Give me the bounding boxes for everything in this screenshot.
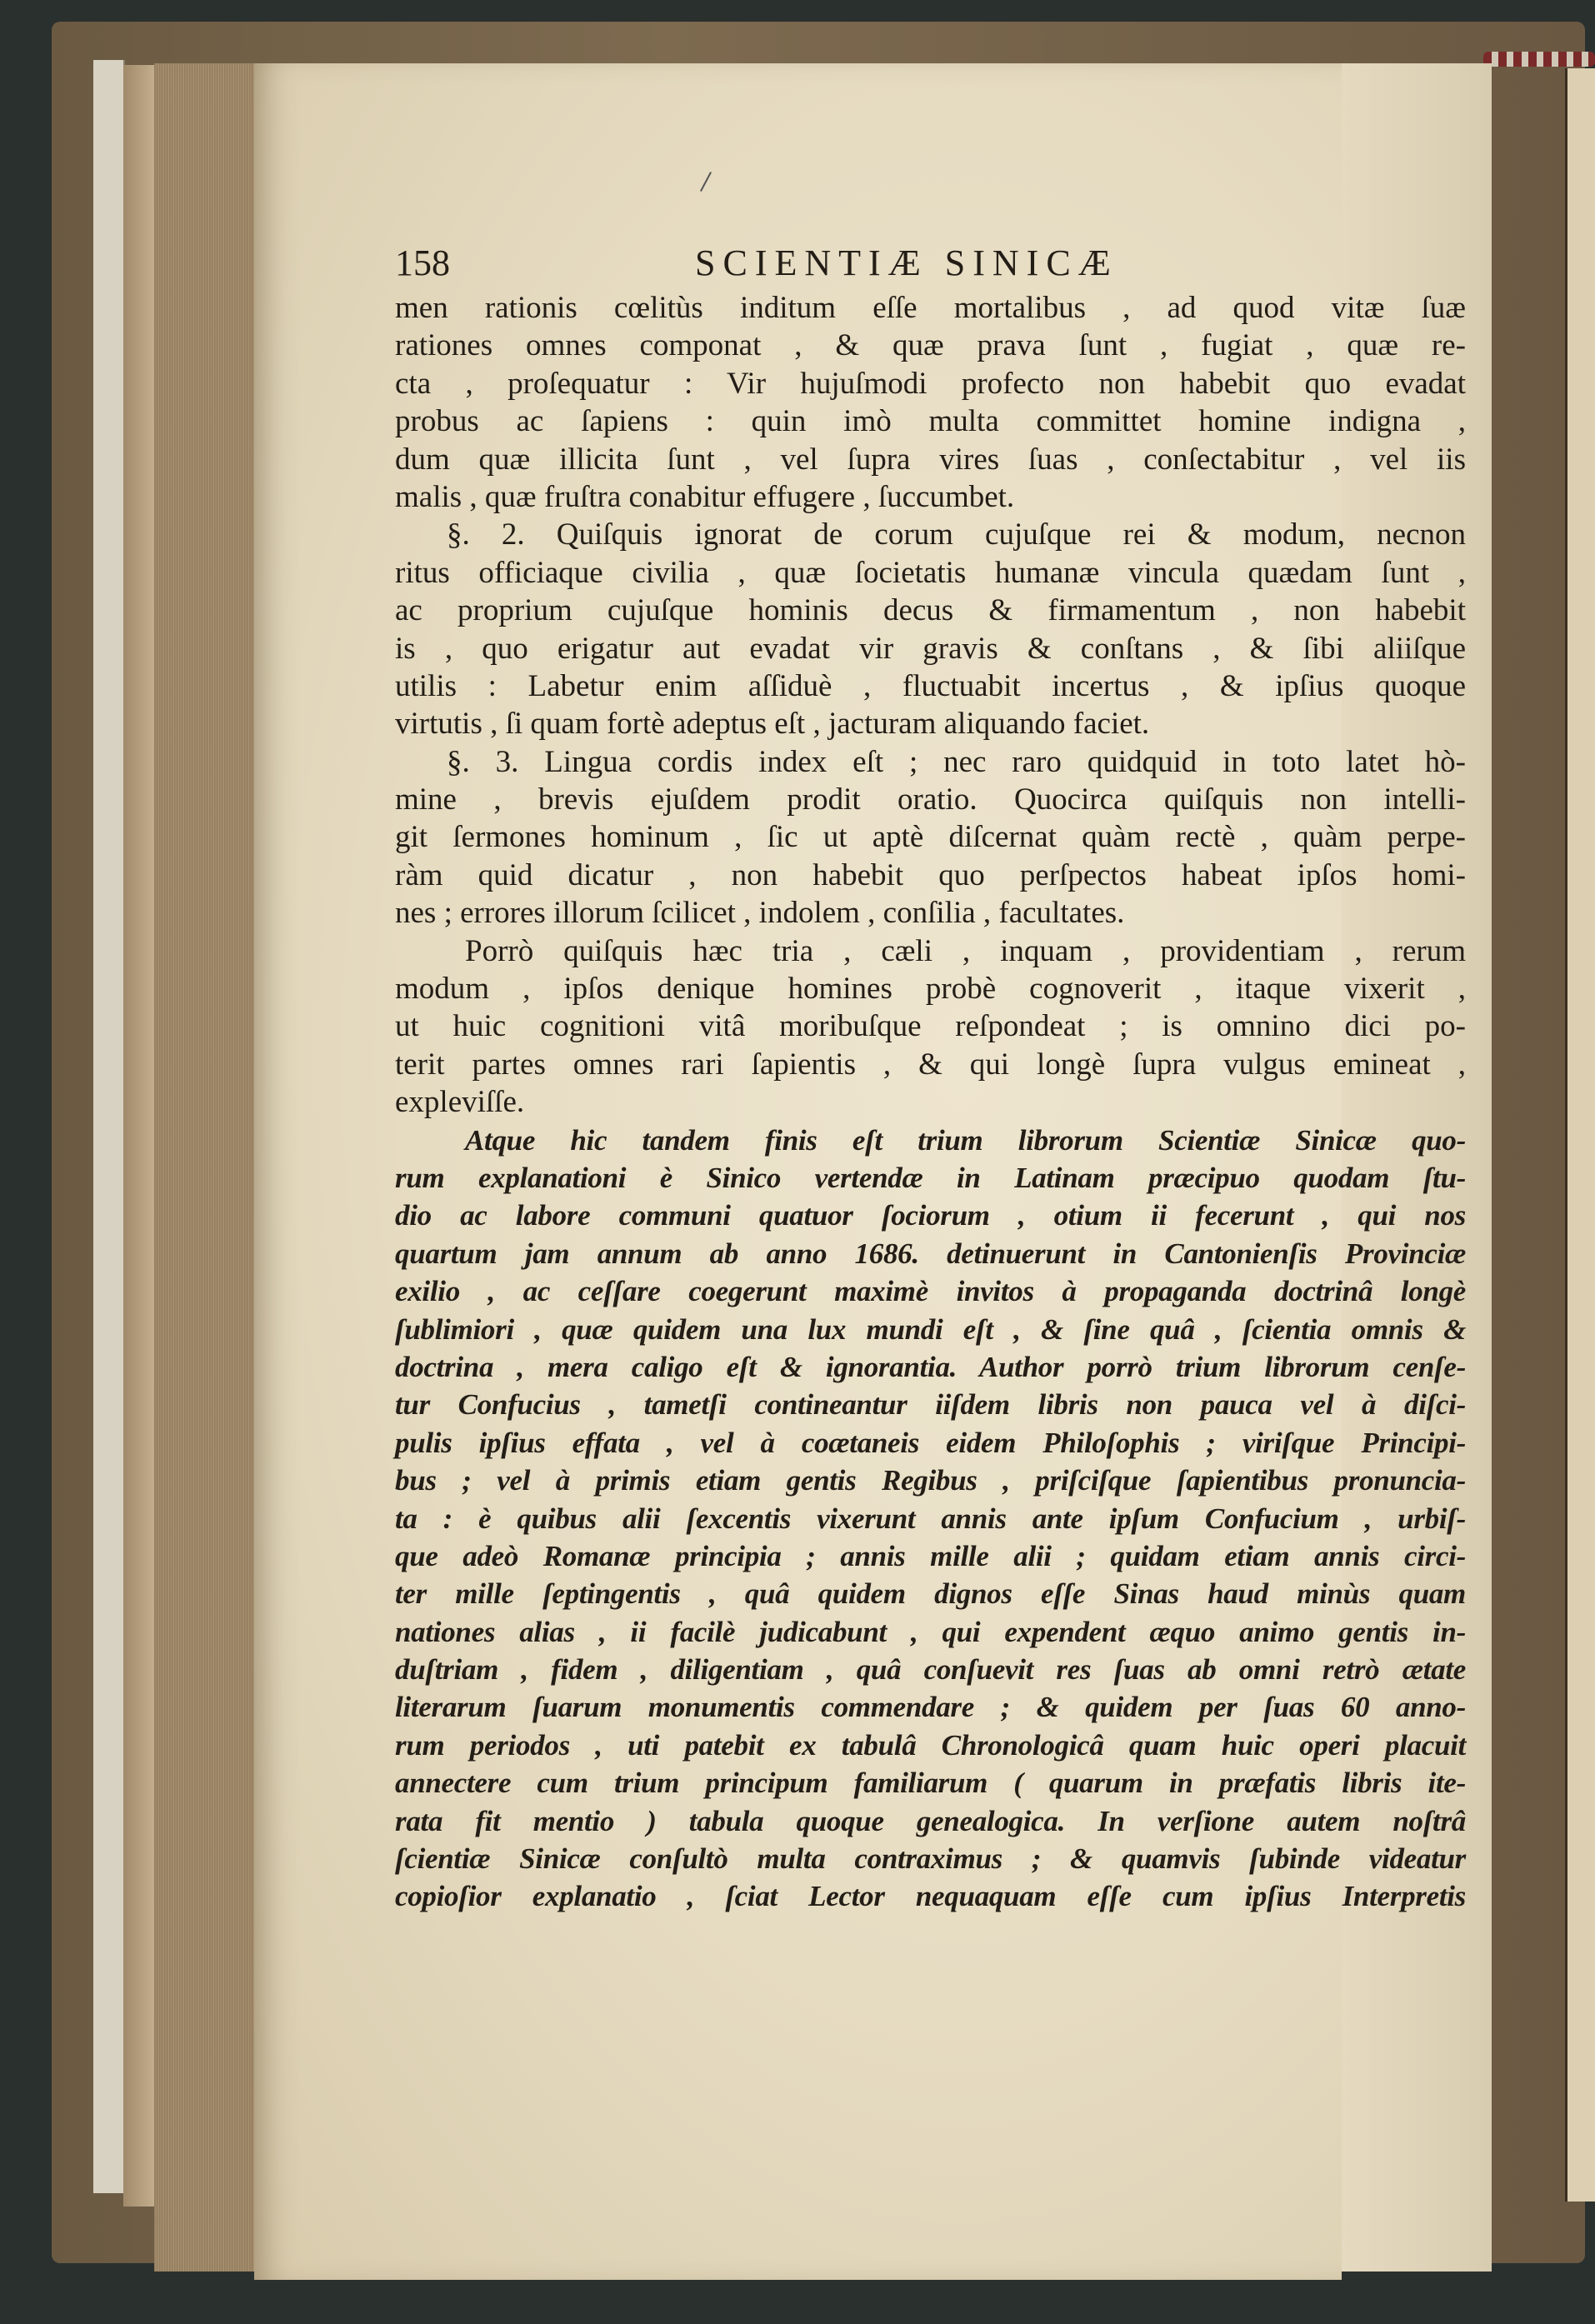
paragraph-section-2: §. 2. Quiſquis ignorat de corum cujuſque… — [395, 516, 1466, 742]
text-line: ter mille ſeptingentis , quâ quidem dign… — [395, 1575, 1466, 1612]
text-line: Porrò quiſquis hæc tria , cæli , inquam … — [395, 932, 1466, 970]
text-line: git ſermones hominum , ſic ut aptè diſce… — [395, 818, 1466, 856]
text-line: ta : è quibus alii ſexcentis vixerunt an… — [395, 1500, 1466, 1537]
text-line: virtutis , ſi quam fortè adeptus eſt , j… — [395, 705, 1466, 742]
text-line: malis , quæ fruſtra conabitur effugere ,… — [395, 478, 1466, 516]
running-title: SCIENTIÆ SINICÆ — [695, 237, 1118, 289]
text-line: doctrina , mera caligo eſt & ignorantia.… — [395, 1348, 1466, 1386]
text-line: probus ac ſapiens : quin imò multa commi… — [395, 402, 1466, 440]
text-line: ac proprium cujuſque hominis decus & fir… — [395, 592, 1466, 629]
italic-afterword: Atque hic tandem finis eſt trium libroru… — [395, 1122, 1466, 1916]
text-line: rum explanationi è Sinico vertendæ in La… — [395, 1159, 1466, 1197]
text-block: 158 SCIENTIÆ SINICÆ men rationis cœlitùs… — [395, 237, 1466, 1916]
text-line: cta , proſequatur : Vir hujuſmodi profec… — [395, 365, 1466, 402]
headband — [1483, 52, 1595, 67]
paragraph-section-3: §. 3. Lingua cordis index eſt ; nec raro… — [395, 743, 1466, 932]
text-line: utilis : Labetur enim aſſiduè , fluctuab… — [395, 667, 1466, 705]
paragraph-1: men rationis cœlitùs inditum eſſe mortal… — [395, 289, 1466, 516]
text-line: copioſior explanatio , ſciat Lector nequ… — [395, 1877, 1466, 1915]
text-line: ràm quid dicatur , non habebit quo perſp… — [395, 857, 1466, 894]
text-line: §. 2. Quiſquis ignorat de corum cujuſque… — [395, 516, 1466, 553]
text-line: literarum ſuarum monumentis commendare ;… — [395, 1688, 1466, 1726]
torn-endpaper — [123, 65, 157, 2207]
text-line: annectere cum trium principum familiarum… — [395, 1764, 1466, 1802]
text-line: rum periodos , uti patebit ex tabulâ Chr… — [395, 1727, 1466, 1764]
text-line: dum quæ illicita ſunt , vel ſupra vires … — [395, 441, 1466, 478]
text-line: que adeò Romanæ principia ; annis mille … — [395, 1537, 1466, 1575]
text-line: duſtriam , fidem , diligentiam , quâ con… — [395, 1651, 1466, 1688]
text-line: §. 3. Lingua cordis index eſt ; nec raro… — [395, 743, 1466, 781]
text-line: nationes alias , ii facilè judicabunt , … — [395, 1613, 1466, 1651]
text-line: bus ; vel à primis etiam gentis Regibus … — [395, 1462, 1466, 1499]
facing-page-edge — [1567, 68, 1595, 2202]
text-line: expleviſſe. — [395, 1083, 1466, 1121]
text-line: terit partes omnes rari ſapientis , & qu… — [395, 1046, 1466, 1083]
text-line: exilio , ac ceſſare coegerunt maximè inv… — [395, 1272, 1466, 1310]
running-head: 158 SCIENTIÆ SINICÆ — [395, 237, 1466, 289]
text-line: ritus officiaque civilia , quæ ſocietati… — [395, 554, 1466, 592]
text-line: rata fit mentio ) tabula quoque genealog… — [395, 1802, 1466, 1840]
text-line: tur Confucius , tametſi contineantur iiſ… — [395, 1386, 1466, 1423]
text-line: pulis ipſius effata , vel à coætaneis ei… — [395, 1424, 1466, 1462]
page-number: 158 — [395, 237, 450, 289]
page-edges — [154, 63, 258, 2272]
text-line: Atque hic tandem finis eſt trium libroru… — [395, 1122, 1466, 1159]
text-line: rationes omnes componat , & quæ prava ſu… — [395, 327, 1466, 364]
text-line: modum , ipſos denique homines probè cogn… — [395, 970, 1466, 1007]
text-line: ſcientiæ Sinicæ conſultò multa contraxim… — [395, 1840, 1466, 1877]
text-line: ut huic cognitioni vitâ moribuſque reſpo… — [395, 1007, 1466, 1045]
text-line: men rationis cœlitùs inditum eſſe mortal… — [395, 289, 1466, 327]
text-line: is , quo erigatur aut evadat vir gravis … — [395, 630, 1466, 667]
text-line: quartum jam annum ab anno 1686. detinuer… — [395, 1235, 1466, 1272]
text-line: mine , brevis ejuſdem prodit oratio. Quo… — [395, 781, 1466, 818]
paragraph-4: Porrò quiſquis hæc tria , cæli , inquam … — [395, 932, 1466, 1122]
text-line: dio ac labore communi quatuor ſociorum ,… — [395, 1197, 1466, 1234]
text-line: nes ; errores illorum ſcilicet , indolem… — [395, 894, 1466, 932]
text-line: ſublimiori , quæ quidem una lux mundi eſ… — [395, 1311, 1466, 1348]
endpaper — [93, 60, 125, 2193]
